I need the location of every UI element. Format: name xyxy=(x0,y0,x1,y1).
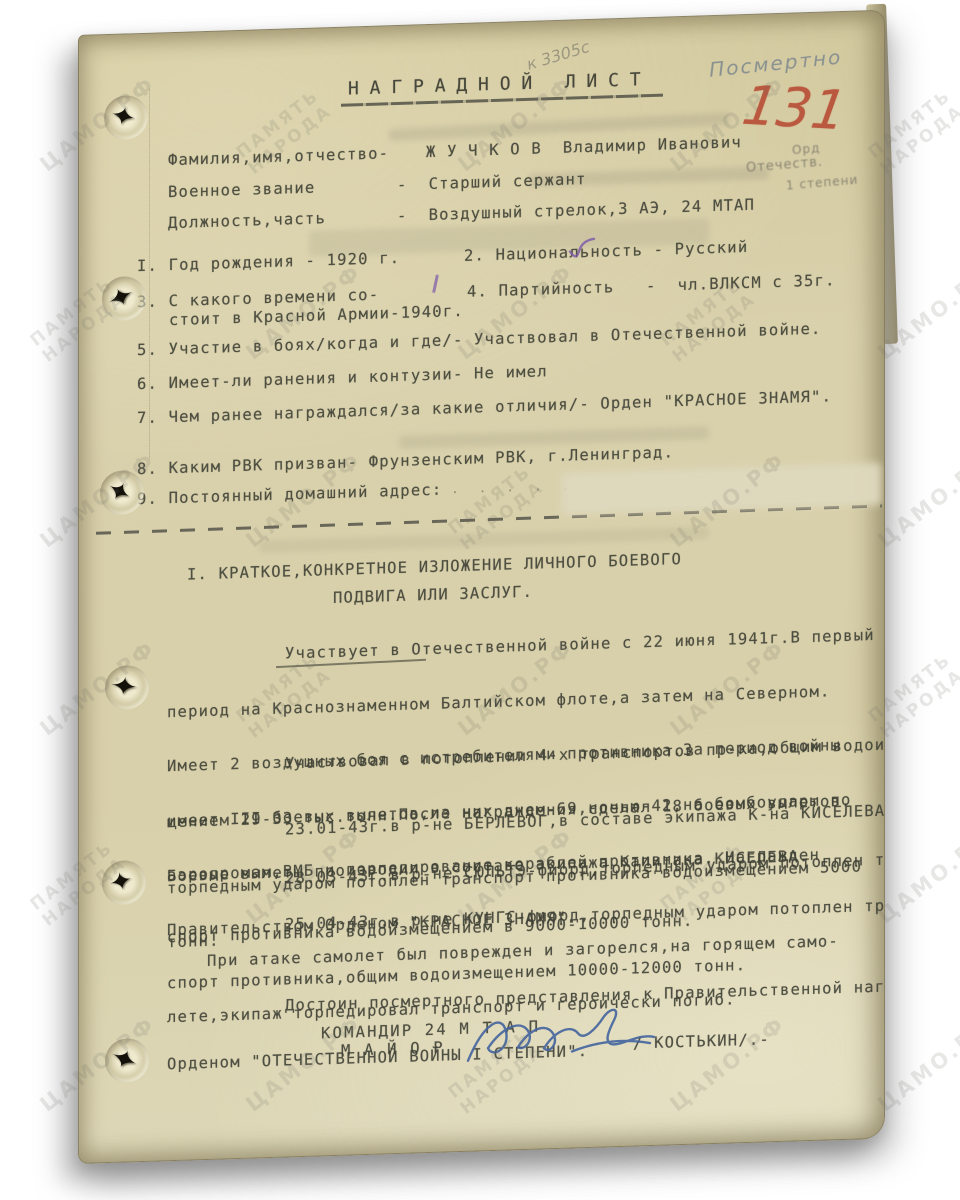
field-label-position: Должность,часть xyxy=(168,209,326,232)
punch-hole-icon: ✦ xyxy=(104,95,148,140)
item-9-home-address: 9. Постоянный домашний адрес: xyxy=(137,481,442,509)
purple-streak-mark xyxy=(432,275,439,293)
field-value-name: Ж У Ч К О В Владимир Иванович xyxy=(426,133,742,161)
stamp-fragment-3: 1 степени xyxy=(786,173,859,193)
address-dotted-leader: . . . . . xyxy=(451,478,575,497)
punch-hole-icon: ✦ xyxy=(105,665,149,710)
punch-hole-icon: ✦ xyxy=(105,1038,149,1083)
purple-check-mark xyxy=(567,236,597,263)
page-number-mark: 131 xyxy=(739,81,850,137)
paragraph-line: Участвует в Отечественной войне с 22 июн… xyxy=(167,627,875,666)
major-line: М А Й О Р xyxy=(341,1038,445,1059)
punch-hole-icon: ✦ xyxy=(100,470,144,515)
field-label-name: Фамилия,имя,отчество- xyxy=(168,144,389,169)
punch-hole-icon: ✦ xyxy=(102,276,146,321)
archive-watermark-text: ЦАМО.РФ xyxy=(873,448,960,553)
bleedthrough-smudge xyxy=(259,526,709,553)
item-7-previous-awards: 7. Чем ранее награждался/за какие отличи… xyxy=(137,387,832,427)
punch-hole-icon: ✦ xyxy=(102,860,146,905)
item-4-party: 4. Партийность - чл.ВЛКСМ с 35г. xyxy=(467,271,836,301)
dashed-separator xyxy=(96,504,882,534)
archive-watermark-text: ЦАМО.РФ xyxy=(873,1012,960,1117)
item-1-birth-year: I. Год рождения - 1920 г. xyxy=(137,249,400,275)
document-scan: { "colors": { "paper": "#d8d0a8", "ink":… xyxy=(0,0,960,1200)
section-heading-line1: I. КРАТКОЕ,КОНКРЕТНОЕ ИЗЛОЖЕНИЕ ЛИЧНОГО … xyxy=(187,550,682,584)
archive-watermark-text: ЦАМО.РФ xyxy=(873,824,960,929)
field-label-rank: Военное звание xyxy=(168,179,315,202)
item-6-wounds: 6. Имеет-ли ранения и контузии- Не имел xyxy=(137,362,548,393)
award-sheet-paper: к 3305с Посмертно 131 Н А Г Р А Д Н О Й … xyxy=(78,10,885,1164)
archive-note-handwriting: к 3305с xyxy=(525,37,592,74)
stamp-fragment-2: Отечеств. xyxy=(746,155,824,176)
field-value-rank: - Старший сержант xyxy=(397,170,587,194)
signature-scribble xyxy=(454,993,664,1090)
